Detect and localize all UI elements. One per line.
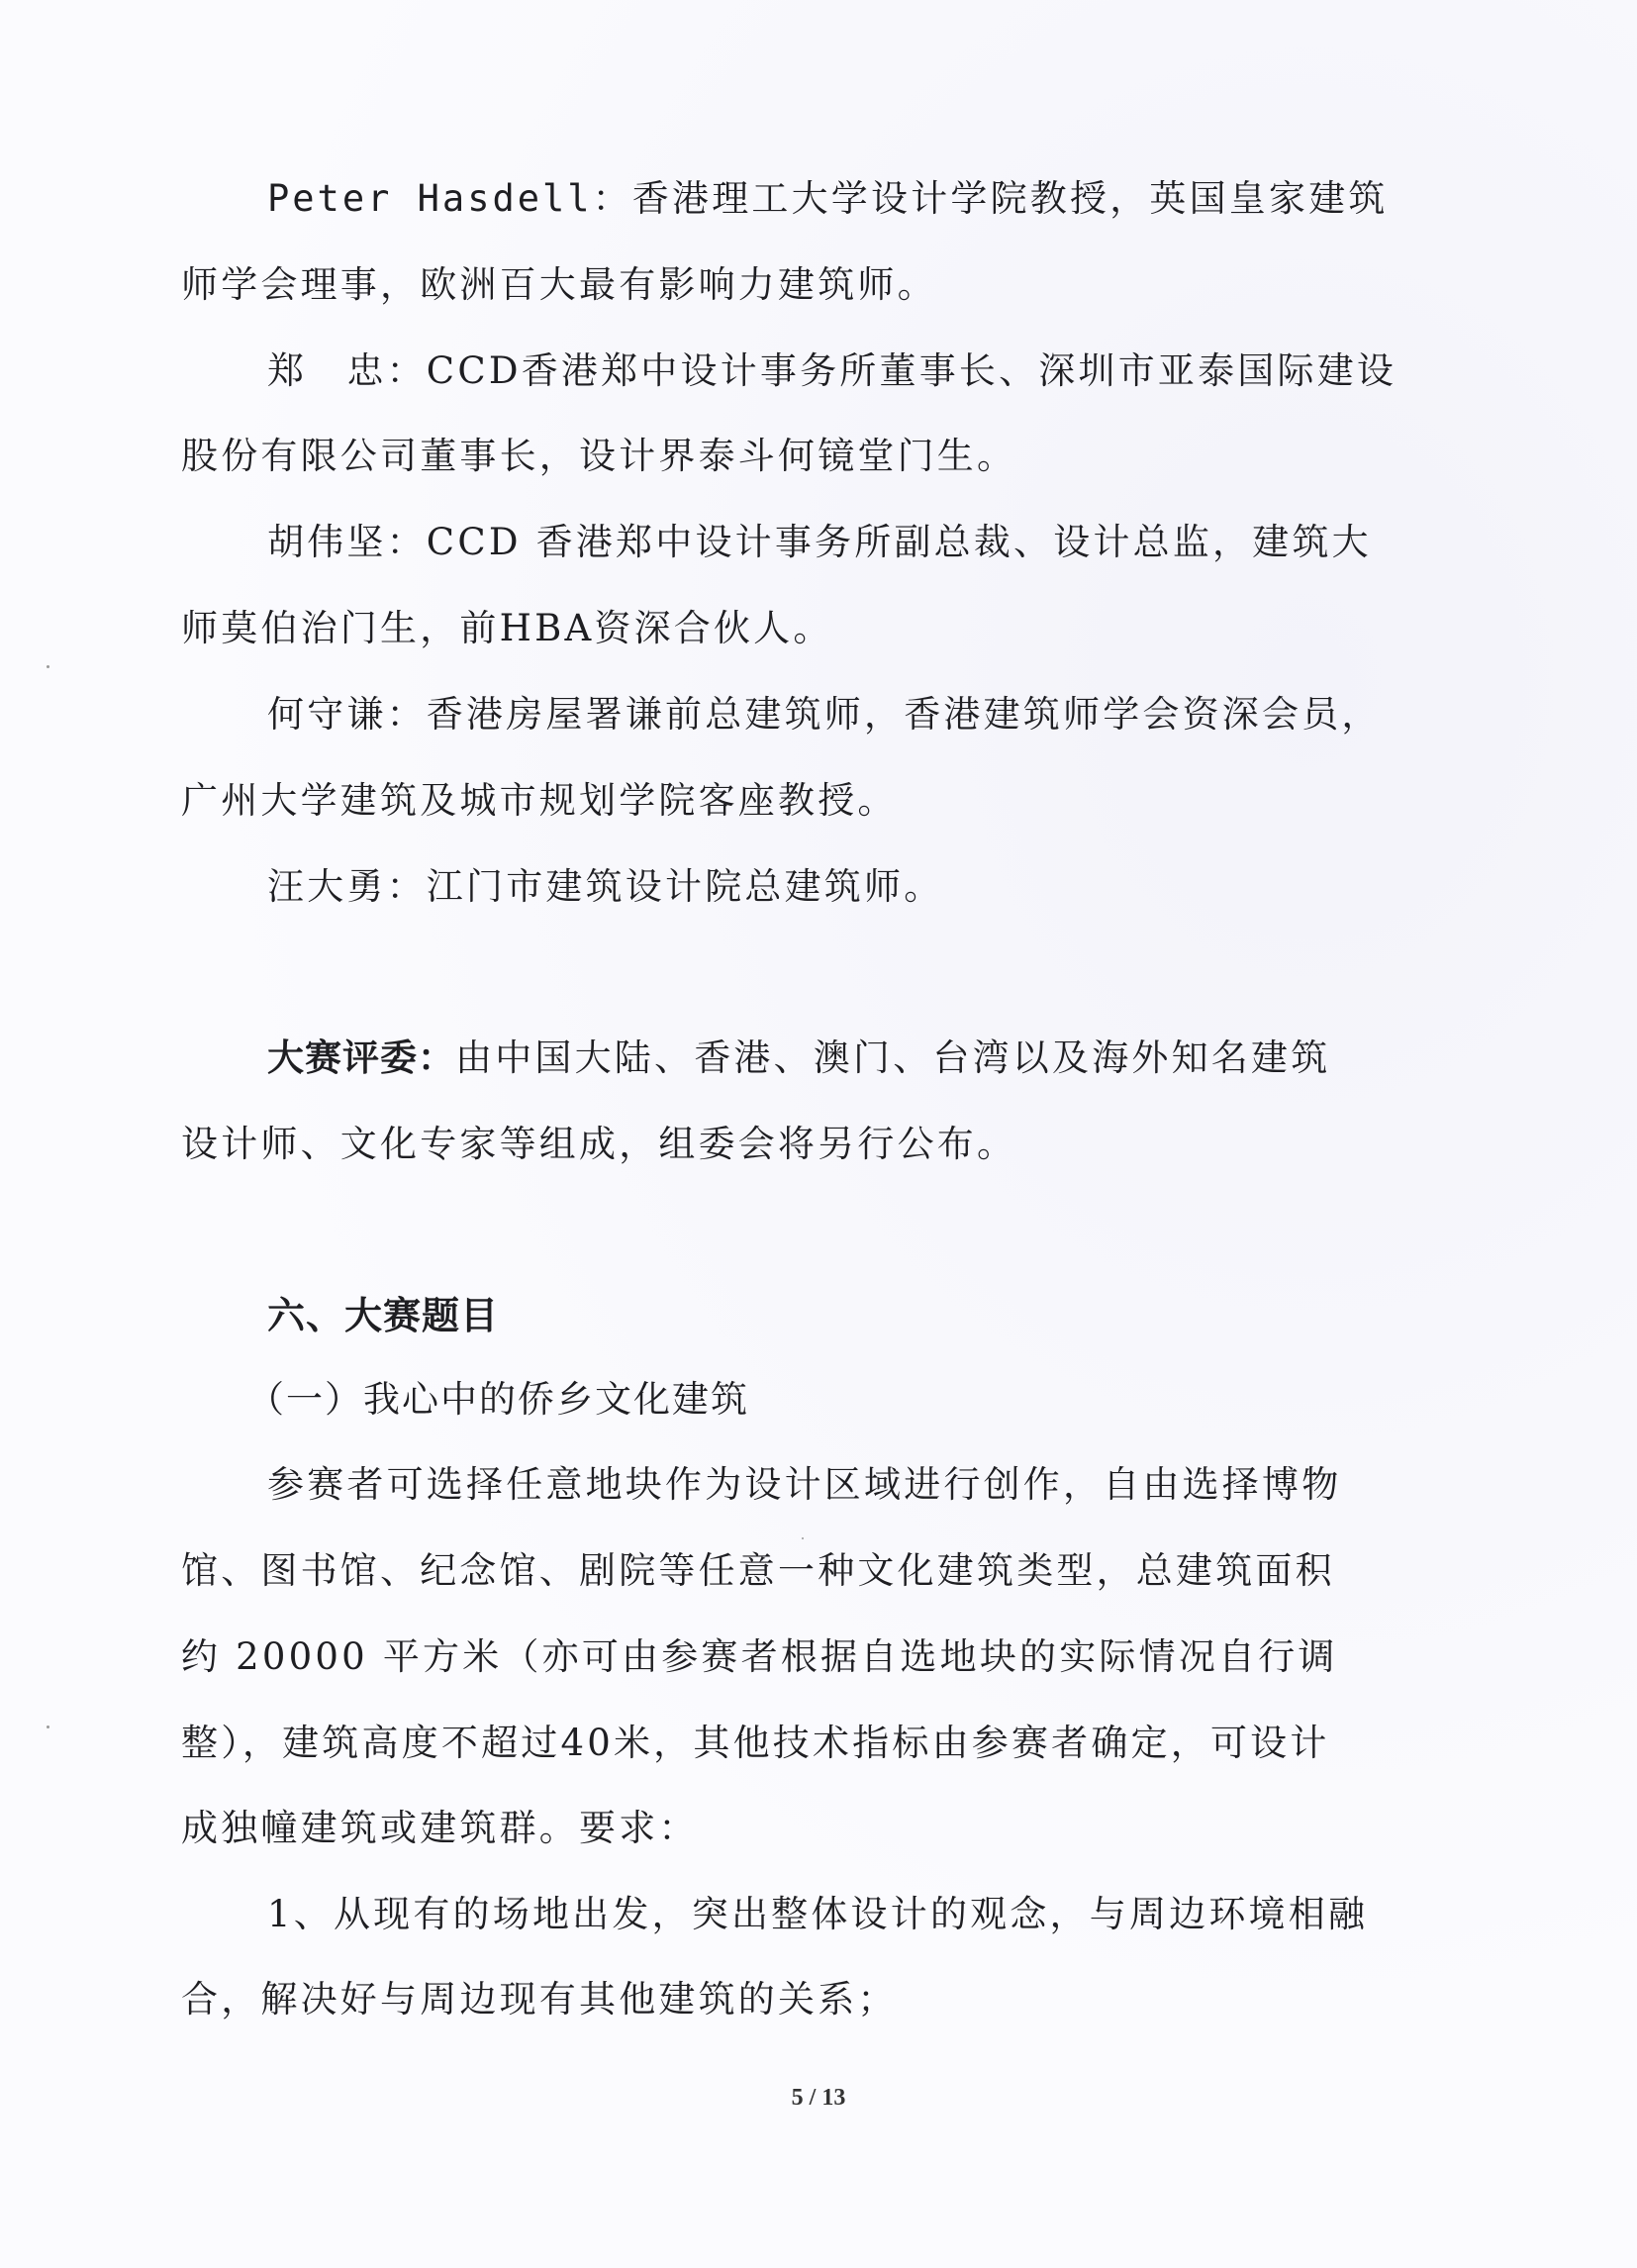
jury-entry-he-line2: 广州大学建筑及城市规划学院客座教授。 (181, 777, 1468, 825)
jury-entry-he-line1: 何守谦：香港房屋署谦前总建筑师，香港建筑师学会资深会员， (267, 691, 1554, 739)
jury-entry-hasdell-line2: 师学会理事，欧洲百大最有影响力建筑师。 (181, 261, 1468, 309)
section-subheading: （一）我心中的侨乡文化建筑 (247, 1376, 1534, 1424)
body-paragraph-line5: 成独幢建筑或建筑群。要求： (181, 1805, 1468, 1852)
jury-name: 郑 忠 (267, 349, 387, 392)
requirement-1-line2: 合，解决好与周边现有其他建筑的关系； (181, 1976, 1468, 2023)
body-paragraph-line1: 参赛者可选择任意地块作为设计区域进行创作，自由选择博物 (267, 1461, 1554, 1509)
jury-name: 胡伟坚 (267, 521, 387, 563)
jury-entry-zheng-line2: 股份有限公司董事长，设计界泰斗何镜堂门生。 (181, 433, 1468, 480)
jury-entry-hu-line2: 师莫伯治门生，前HBA资深合伙人。 (181, 605, 1468, 652)
page-number: 5 / 13 (0, 2085, 1637, 2112)
jury-name: 何守谦 (267, 693, 387, 736)
document-page: Peter Hasdell：香港理工大学设计学院教授，英国皇家建筑 师学会理事，… (0, 0, 1637, 2268)
jury-desc: ：CCD 香港郑中设计事务所副总裁、设计总监，建筑大 (387, 521, 1372, 563)
section-heading: 六、大赛题目 (267, 1292, 1554, 1339)
scan-speck (47, 665, 49, 668)
judges-paragraph-line2: 设计师、文化专家等组成，组委会将另行公布。 (181, 1121, 1468, 1168)
judges-text: 由中国大陆、香港、澳门、台湾以及海外知名建筑 (455, 1036, 1330, 1079)
judges-paragraph-line1: 大赛评委：由中国大陆、香港、澳门、台湾以及海外知名建筑 (267, 1035, 1554, 1082)
jury-name: 汪大勇 (267, 865, 387, 908)
jury-entry-hu-line1: 胡伟坚：CCD 香港郑中设计事务所副总裁、设计总监，建筑大 (267, 519, 1554, 566)
jury-desc: ：江门市建筑设计院总建筑师。 (387, 865, 944, 908)
jury-entry-hasdell-line1: Peter Hasdell：香港理工大学设计学院教授，英国皇家建筑 (267, 175, 1554, 223)
scan-speck (802, 1537, 804, 1539)
jury-desc: ：香港房屋署谦前总建筑师，香港建筑师学会资深会员， (387, 693, 1382, 736)
jury-desc: ：CCD香港郑中设计事务所董事长、深圳市亚泰国际建设 (387, 349, 1396, 392)
jury-entry-zheng-line1: 郑 忠：CCD香港郑中设计事务所董事长、深圳市亚泰国际建设 (267, 347, 1554, 395)
body-paragraph-line2: 馆、图书馆、纪念馆、剧院等任意一种文化建筑类型，总建筑面积 (181, 1547, 1468, 1595)
judges-label: 大赛评委： (267, 1036, 455, 1079)
jury-entry-wang-line1: 汪大勇：江门市建筑设计院总建筑师。 (267, 863, 1554, 911)
body-paragraph-line3: 约 20000 平方米（亦可由参赛者根据自选地块的实际情况自行调 (181, 1633, 1468, 1681)
jury-desc: ：香港理工大学设计学院教授，英国皇家建筑 (593, 177, 1389, 220)
jury-name: Peter Hasdell (267, 177, 593, 220)
requirement-1-line1: 1、从现有的场地出发，突出整体设计的观念，与周边环境相融 (267, 1891, 1554, 1938)
body-paragraph-line4: 整），建筑高度不超过40米，其他技术指标由参赛者确定，可设计 (181, 1720, 1468, 1767)
scan-speck (47, 1726, 49, 1728)
